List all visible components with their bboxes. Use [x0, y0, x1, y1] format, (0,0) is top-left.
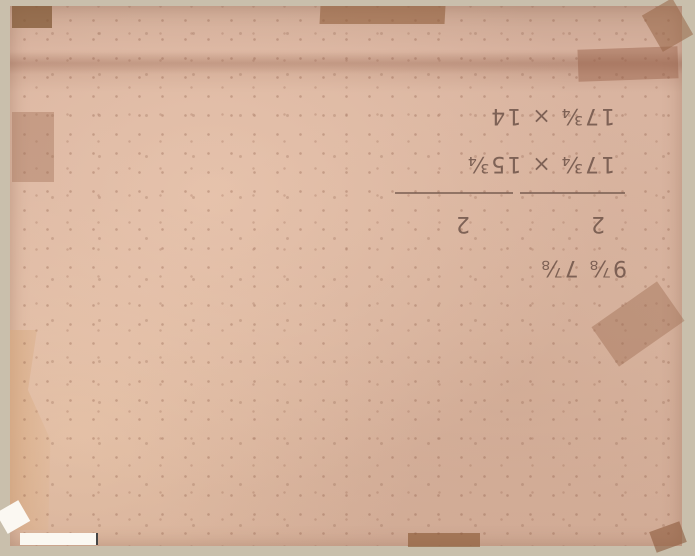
pencil-calculation: 9⅞ 7⅞ 2 2 17¾ × 15¾ 17¾ × 14 — [385, 78, 635, 288]
pencil-dimension-row-2: 17¾ × 15¾ — [466, 151, 615, 176]
tape-strip-top-center — [320, 6, 446, 24]
pencil-result-row: 9⅞ 7⅞ — [539, 255, 627, 280]
pencil-divisor-left: 2 — [589, 211, 605, 236]
tape-strip-bottom — [408, 533, 480, 547]
pencil-fraction-line-left — [520, 192, 625, 194]
paper-label-strip — [20, 533, 98, 545]
pencil-dimension-row-1: 17¾ × 14 — [489, 103, 615, 128]
tape-strip-left — [12, 112, 54, 182]
pencil-divisor-right: 2 — [454, 211, 470, 236]
tape-strip-top-left — [12, 6, 52, 28]
pencil-fraction-line-right — [395, 192, 513, 194]
